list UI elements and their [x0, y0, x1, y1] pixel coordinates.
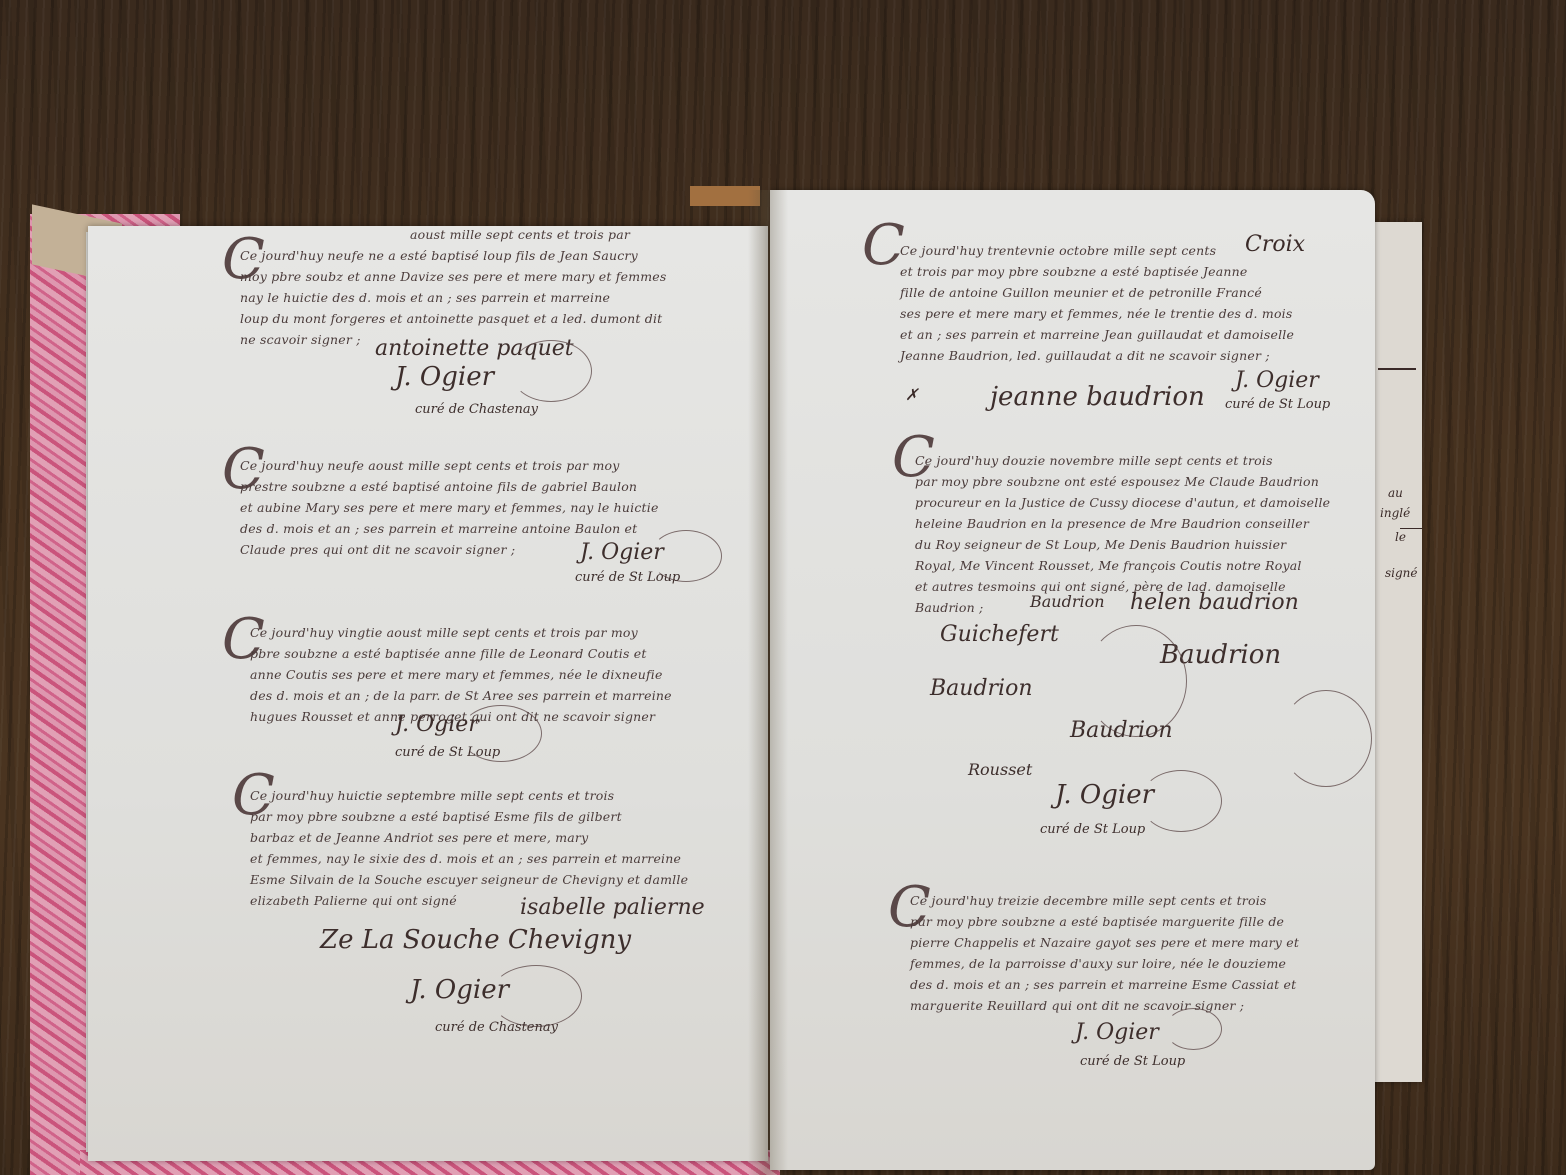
entry-line: ses pere et mere mary et femmes, née le … — [900, 303, 1294, 324]
left-entry-4: Ce jourd'huy huictie septembre mille sep… — [250, 785, 688, 911]
entry-line: par moy pbre soubzne ont esté espousez M… — [915, 471, 1330, 492]
entry-line: aoust mille sept cents et trois par — [240, 224, 667, 245]
signature-cure-title: curé de St Loup — [1080, 1054, 1185, 1069]
entry-line: Ce jourd'huy neufe aoust mille sept cent… — [240, 455, 659, 476]
margin-dash — [1378, 368, 1416, 370]
entry-line: du Roy seigneur de St Loup, Me Denis Bau… — [915, 534, 1330, 555]
signature-isabelle-palierne: isabelle palierne — [520, 895, 705, 920]
margin-note: le — [1395, 530, 1406, 544]
entry-line: des d. mois et an ; ses parrein et marre… — [910, 974, 1299, 995]
entry-line: Ce jourd'huy trentevnie octobre mille se… — [900, 240, 1294, 261]
entry-line: Ce jourd'huy douzie novembre mille sept … — [915, 450, 1330, 471]
signature-jeanne-baudrion: jeanne baudrion — [990, 382, 1205, 412]
paraph-flourish — [510, 340, 592, 402]
signature-rousset: Rousset — [968, 760, 1032, 779]
entry-line: des d. mois et an ; ses parrein et marre… — [240, 518, 659, 539]
entry-line: femmes, de la parroisse d'auxy sur loire… — [910, 953, 1299, 974]
paraph-flourish — [1140, 770, 1222, 832]
right-entry-3: Ce jourd'huy treizie decembre mille sept… — [910, 890, 1299, 1016]
signature-ogier: J. Ogier — [395, 362, 494, 392]
entry-line: par moy pbre soubzne a esté baptisée mar… — [910, 911, 1299, 932]
signature-la-souche-chevigny: Ze La Souche Chevigny — [320, 925, 631, 955]
signature-guichefert: Guichefert — [940, 622, 1059, 647]
signature-baudrion: Baudrion — [930, 676, 1033, 701]
entry-line: Esme Silvain de la Souche escuyer seigne… — [250, 869, 688, 890]
entry-line: Ce jourd'huy vingtie aoust mille sept ce… — [250, 622, 672, 643]
entry-line: moy pbre soubz et anne Davize ses pere e… — [240, 266, 667, 287]
signature-cure-title: curé de St Loup — [575, 570, 680, 585]
signature-baudrion: Baudrion — [1030, 592, 1105, 611]
margin-note: au — [1388, 486, 1403, 500]
entry-line: des d. mois et an ; de la parr. de St Ar… — [250, 685, 672, 706]
drop-cap-c: C — [862, 218, 905, 274]
entry-line: Ce jourd'huy neufe ne a esté baptisé lou… — [240, 245, 667, 266]
signature-ogier: J. Ogier — [1055, 780, 1154, 810]
entry-line: Ce jourd'huy huictie septembre mille sep… — [250, 785, 688, 806]
margin-dash — [1400, 528, 1422, 529]
entry-line: et trois par moy pbre soubzne a esté bap… — [900, 261, 1294, 282]
entry-line: pierre Chappelis et Nazaire gayot ses pe… — [910, 932, 1299, 953]
signature-baudrion: Baudrion — [1070, 718, 1173, 743]
entry-line: barbaz et de Jeanne Andriot ses pere et … — [250, 827, 688, 848]
paraph-flourish — [1165, 1008, 1222, 1050]
entry-line: et an ; ses parrein et marreine Jean gui… — [900, 324, 1294, 345]
entry-line: et femmes, nay le sixie des d. mois et a… — [250, 848, 688, 869]
paraph-flourish — [1280, 690, 1372, 787]
entry-line: et aubine Mary ses pere et mere mary et … — [240, 497, 659, 518]
left-entry-1: aoust mille sept cents et trois par Ce j… — [240, 224, 667, 350]
entry-line: heleine Baudrion en la presence de Mre B… — [915, 513, 1330, 534]
entry-line: Royal, Me Vincent Rousset, Me françois C… — [915, 555, 1330, 576]
margin-mark-cross: ✗ — [905, 385, 918, 404]
entry-line: Jeanne Baudrion, led. guillaudat a dit n… — [900, 345, 1294, 366]
margin-note: signé — [1385, 566, 1418, 580]
signature-ogier: J. Ogier — [1235, 368, 1319, 393]
signature-cure-title: curé de St Loup — [1225, 397, 1330, 412]
entry-line: procureur en la Justice de Cussy diocese… — [915, 492, 1330, 513]
entry-line: par moy pbre soubzne a esté baptisé Esme… — [250, 806, 688, 827]
entry-line: fille de antoine Guillon meunier et de p… — [900, 282, 1294, 303]
right-entry-1: Ce jourd'huy trentevnie octobre mille se… — [900, 240, 1294, 366]
signature-cure-title: curé de St Loup — [1040, 822, 1145, 837]
entry-line: loup du mont forgeres et antoinette pasq… — [240, 308, 667, 329]
entry-line: nay le huictie des d. mois et an ; ses p… — [240, 287, 667, 308]
margin-note: inglé — [1380, 506, 1410, 520]
gutter-shadow — [748, 190, 788, 1175]
signature-cure-title: curé de Chastenay — [435, 1020, 558, 1035]
entry-line: prestre soubzne a esté baptisé antoine f… — [240, 476, 659, 497]
entry-line: anne Coutis ses pere et mere mary et fem… — [250, 664, 672, 685]
signature-helen-baudrion: helen baudrion — [1130, 590, 1299, 615]
paraph-flourish — [490, 965, 582, 1027]
signature-cure-title: curé de St Loup — [395, 745, 500, 760]
entry-line: Ce jourd'huy treizie decembre mille sept… — [910, 890, 1299, 911]
signature-ogier: J. Ogier — [1075, 1020, 1159, 1045]
entry-line: pbre soubzne a esté baptisée anne fille … — [250, 643, 672, 664]
entry-line: marguerite Reuillard qui ont dit ne scav… — [910, 995, 1299, 1016]
signature-cure-title: curé de Chastenay — [415, 402, 538, 417]
